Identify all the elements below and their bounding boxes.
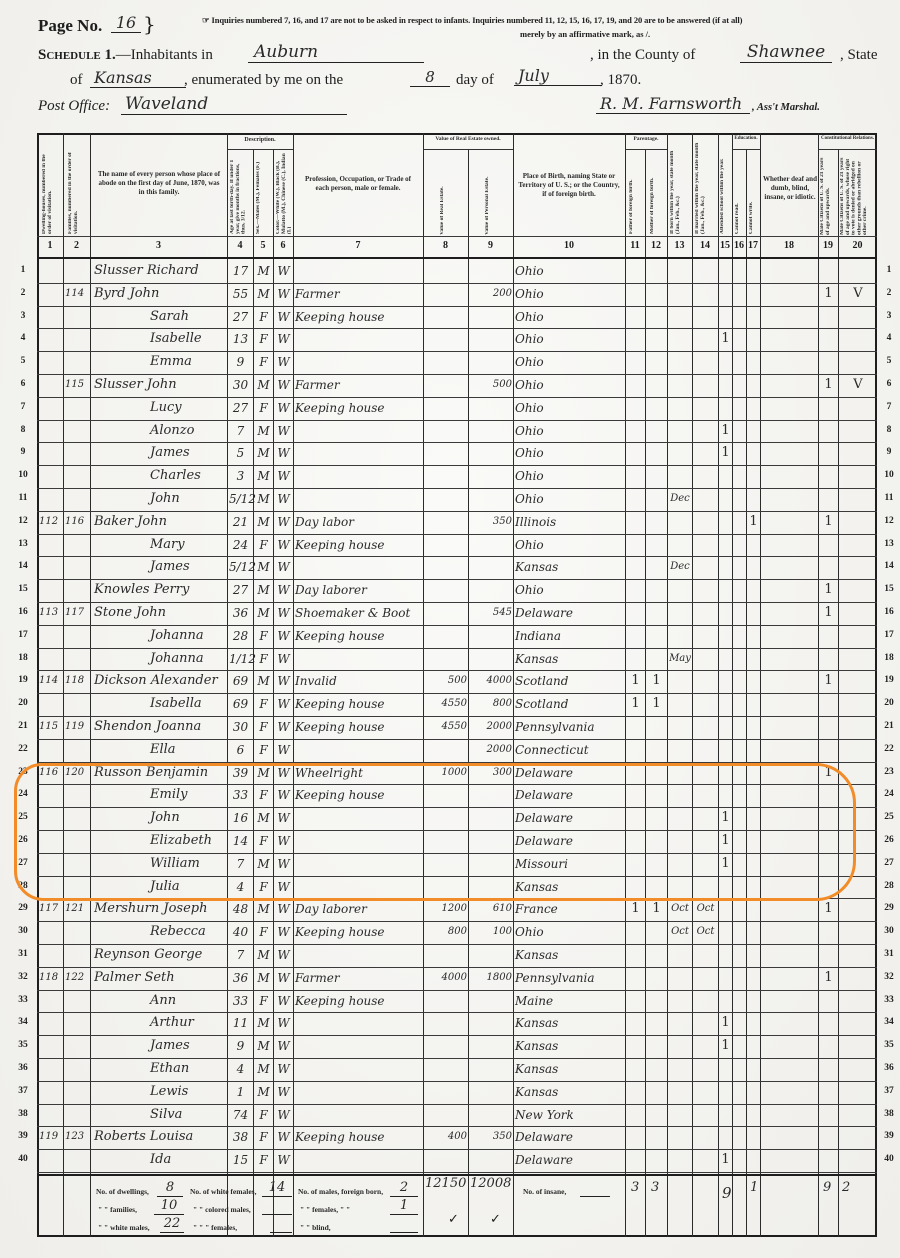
cell-sex: F [255, 306, 272, 328]
cell-occupation [295, 442, 422, 464]
cell-name: Johanna [150, 625, 225, 647]
cell-personal-estate [470, 1035, 512, 1057]
cell-mother-foreign: 1 [647, 693, 666, 715]
cell-dwelling [39, 579, 62, 601]
cell-family [65, 1104, 89, 1126]
cell-mother-foreign [647, 283, 666, 305]
cell-mother-foreign [647, 739, 666, 761]
cell-denied [840, 306, 876, 328]
line-number-right: 13 [878, 539, 900, 549]
cell-dwelling [39, 328, 62, 350]
cell-occupation [295, 1035, 422, 1057]
schedule-label: Schedule 1.—Inhabitants in [38, 47, 213, 64]
cell-sex: F [255, 534, 272, 556]
cell-real-estate [425, 556, 467, 578]
cell-infirmity [762, 1126, 817, 1148]
cell-name: Johanna [150, 648, 225, 670]
cell-father-foreign [627, 328, 644, 350]
cell-married-month [694, 670, 717, 692]
white-females-value: 14 [262, 1181, 292, 1197]
cell-cannot-write [748, 1149, 759, 1171]
cell-birthplace: Scotland [515, 693, 624, 715]
cell-father-foreign [627, 739, 644, 761]
cell-father-foreign [627, 716, 644, 738]
cell-sex: F [255, 328, 272, 350]
column-number: 13 [667, 240, 692, 251]
cell-personal-estate [470, 260, 512, 282]
cell-mother-foreign [647, 328, 666, 350]
cell-citizen [820, 716, 837, 738]
column-number: 17 [746, 240, 760, 251]
cell-cannot-write [748, 1126, 759, 1148]
line-number-right: 38 [878, 1109, 900, 1119]
cell-cannot-read [734, 260, 745, 282]
cell-sex: F [255, 739, 272, 761]
col-header-birthplace: Place of Birth, naming State or Territor… [517, 172, 621, 198]
line-number-right: 26 [878, 835, 900, 845]
cell-school: 1 [720, 1035, 731, 1057]
cell-father-foreign [627, 967, 644, 989]
cell-occupation [295, 488, 422, 510]
column-number: 7 [293, 240, 423, 251]
cell-family [65, 328, 89, 350]
cell-born-month [669, 1104, 691, 1126]
cell-cannot-write [748, 1035, 759, 1057]
line-number-right: 32 [878, 972, 900, 982]
cell-mother-foreign [647, 921, 666, 943]
line-number-right: 31 [878, 949, 900, 959]
cell-denied [840, 625, 876, 647]
cell-denied [840, 511, 876, 533]
cell-name: Reynson George [94, 944, 227, 966]
cell-school [720, 670, 731, 692]
cell-cannot-write [748, 716, 759, 738]
cell-cannot-read [734, 534, 745, 556]
cell-sex: F [255, 1126, 272, 1148]
cell-cannot-write [748, 1104, 759, 1126]
cell-age: 36 [229, 602, 252, 624]
cell-birthplace: Maine [515, 990, 624, 1012]
cell-cannot-write [748, 625, 759, 647]
cell-father-foreign [627, 944, 644, 966]
cell-color: W [275, 397, 292, 419]
cell-married-month [694, 328, 717, 350]
cell-name: Sarah [150, 306, 225, 328]
cell-infirmity [762, 1058, 817, 1080]
column-number: 9 [468, 240, 513, 251]
line-number-left: 16 [12, 607, 34, 617]
cell-real-estate [425, 488, 467, 510]
cell-birthplace: Kansas [515, 1058, 624, 1080]
cell-denied [840, 397, 876, 419]
highlight-annotation [14, 763, 856, 901]
line-number-left: 5 [12, 356, 34, 366]
cell-real-estate: 1200 [425, 898, 467, 920]
cell-infirmity [762, 1149, 817, 1171]
cell-school: 1 [720, 420, 731, 442]
col-header-cannot-read: Cannot read. [735, 170, 744, 234]
column-number: 18 [760, 240, 818, 251]
cell-infirmity [762, 625, 817, 647]
cell-age: 9 [229, 1035, 252, 1057]
cell-color: W [275, 534, 292, 556]
cell-citizen [820, 1058, 837, 1080]
cell-family [65, 465, 89, 487]
cell-married-month [694, 1104, 717, 1126]
line-number-left: 30 [12, 926, 34, 936]
colored-males-label: " " colored males, [193, 1205, 251, 1214]
cell-denied [840, 351, 876, 373]
cell-color: W [275, 1149, 292, 1171]
cell-infirmity [762, 693, 817, 715]
cell-infirmity [762, 1035, 817, 1057]
cell-mother-foreign [647, 967, 666, 989]
cell-citizen [820, 328, 837, 350]
cell-occupation [295, 465, 422, 487]
line-number-left: 39 [12, 1131, 34, 1141]
cell-born-month [669, 967, 691, 989]
colored-females-value [270, 1217, 292, 1233]
cell-name: Emma [150, 351, 225, 373]
cell-infirmity [762, 420, 817, 442]
line-number-right: 30 [878, 926, 900, 936]
cell-infirmity [762, 488, 817, 510]
cell-name: Isabelle [150, 328, 225, 350]
cell-color: W [275, 1126, 292, 1148]
cell-birthplace: Ohio [515, 283, 624, 305]
cell-father-foreign: 1 [627, 898, 644, 920]
cell-citizen: 1 [820, 511, 837, 533]
blind-label: " " blind, [300, 1223, 331, 1232]
cell-cannot-write [748, 602, 759, 624]
cell-married-month [694, 534, 717, 556]
cell-sex: M [255, 898, 272, 920]
instructions-line-1: Inquiries numbered 7, 16, and 17 are not… [212, 15, 743, 25]
cell-citizen: 1 [820, 602, 837, 624]
line-number-left: 15 [12, 584, 34, 594]
cell-born-month [669, 1149, 691, 1171]
line-number-left: 1 [12, 265, 34, 275]
cell-mother-foreign: 1 [647, 898, 666, 920]
col-header-father-foreign: Father of foreign birth. [629, 152, 641, 234]
cell-color: W [275, 648, 292, 670]
cell-cannot-write [748, 670, 759, 692]
line-number-right: 15 [878, 584, 900, 594]
marshal-signature: R. M. Farnsworth [596, 94, 750, 114]
cell-denied [840, 260, 876, 282]
cell-school [720, 739, 731, 761]
cell-dwelling: 118 [39, 967, 62, 989]
cell-mother-foreign [647, 351, 666, 373]
cell-cannot-write [748, 488, 759, 510]
cell-citizen [820, 397, 837, 419]
cell-father-foreign [627, 511, 644, 533]
cell-mother-foreign [647, 990, 666, 1012]
cell-school [720, 967, 731, 989]
cell-cannot-write [748, 967, 759, 989]
cell-father-foreign [627, 534, 644, 556]
cell-family: 115 [65, 374, 89, 396]
cell-color: W [275, 556, 292, 578]
post-office-label: Post Office: [38, 98, 110, 115]
cell-school [720, 374, 731, 396]
cell-father-foreign: 1 [627, 693, 644, 715]
cell-born-month [669, 579, 691, 601]
cell-born-month: Oct [669, 898, 691, 920]
cell-school [720, 283, 731, 305]
cell-infirmity [762, 921, 817, 943]
row-divider [37, 1172, 877, 1173]
cell-citizen [820, 556, 837, 578]
cell-denied [840, 420, 876, 442]
cell-real-estate [425, 328, 467, 350]
cell-birthplace: Kansas [515, 648, 624, 670]
cell-infirmity [762, 944, 817, 966]
cell-dwelling [39, 1104, 62, 1126]
cell-cannot-read [734, 921, 745, 943]
cell-color: W [275, 944, 292, 966]
cell-family [65, 579, 89, 601]
cell-family: 116 [65, 511, 89, 533]
cell-school [720, 1081, 731, 1103]
cell-name: Lewis [150, 1081, 225, 1103]
total-real-estate: 12150 [425, 1176, 466, 1191]
cell-school [720, 260, 731, 282]
cell-age: 69 [229, 670, 252, 692]
cell-personal-estate [470, 990, 512, 1012]
cell-infirmity [762, 442, 817, 464]
cell-birthplace: Connecticut [515, 739, 624, 761]
cell-dwelling [39, 442, 62, 464]
cell-dwelling [39, 283, 62, 305]
cell-family: 114 [65, 283, 89, 305]
cell-color: W [275, 1081, 292, 1103]
cell-family [65, 306, 89, 328]
cell-cannot-write [748, 306, 759, 328]
line-number-right: 3 [878, 311, 900, 321]
cell-citizen [820, 693, 837, 715]
cell-citizen [820, 648, 837, 670]
cell-occupation: Farmer [295, 374, 422, 396]
cell-sex: M [255, 1012, 272, 1034]
column-number: 8 [423, 240, 468, 251]
cell-real-estate [425, 511, 467, 533]
cell-personal-estate [470, 397, 512, 419]
line-number-right: 33 [878, 995, 900, 1005]
cell-family [65, 420, 89, 442]
county-field: Shawnee [740, 42, 832, 63]
cell-mother-foreign [647, 420, 666, 442]
cell-married-month [694, 397, 717, 419]
cell-born-month [669, 944, 691, 966]
cell-cannot-read [734, 1058, 745, 1080]
cell-married-month [694, 1058, 717, 1080]
cell-color: W [275, 579, 292, 601]
cell-mother-foreign [647, 1104, 666, 1126]
line-number-right: 7 [878, 402, 900, 412]
colored-males-value [262, 1199, 292, 1215]
cell-birthplace: Ohio [515, 579, 624, 601]
cell-citizen [820, 1081, 837, 1103]
cell-cannot-read [734, 967, 745, 989]
enumerated-label: , enumerated by me on the [184, 72, 343, 89]
cell-denied [840, 442, 876, 464]
line-number-left: 40 [12, 1154, 34, 1164]
cell-dwelling: 112 [39, 511, 62, 533]
line-number-right: 28 [878, 881, 900, 891]
line-number-right: 5 [878, 356, 900, 366]
cell-age: 30 [229, 716, 252, 738]
cell-cannot-read [734, 351, 745, 373]
line-number-right: 10 [878, 470, 900, 480]
column-divider [90, 133, 91, 1237]
cell-family: 118 [65, 670, 89, 692]
total-personal-estate: 12008 [470, 1176, 511, 1191]
cell-denied [840, 556, 876, 578]
cell-denied [840, 716, 876, 738]
cell-cannot-read [734, 328, 745, 350]
cell-age: 5/12 [229, 556, 252, 578]
cell-cannot-read [734, 1149, 745, 1171]
cell-personal-estate: 350 [470, 1126, 512, 1148]
females-foreign-label: " " females, " " [300, 1205, 350, 1214]
cell-father-foreign [627, 306, 644, 328]
cell-infirmity [762, 1081, 817, 1103]
cell-age: 15 [229, 1149, 252, 1171]
cell-age: 7 [229, 944, 252, 966]
cell-citizen [820, 739, 837, 761]
cell-color: W [275, 693, 292, 715]
line-number-left: 35 [12, 1040, 34, 1050]
total-citizens: 9 [823, 1180, 831, 1195]
line-number-left: 32 [12, 972, 34, 982]
cell-real-estate [425, 625, 467, 647]
row-divider [37, 257, 877, 259]
cell-citizen [820, 1035, 837, 1057]
cell-color: W [275, 511, 292, 533]
cell-denied: V [840, 283, 876, 305]
cell-cannot-read [734, 990, 745, 1012]
cell-born-month [669, 1035, 691, 1057]
column-number: 16 [732, 240, 746, 251]
cell-real-estate [425, 648, 467, 670]
cell-name: Roberts Louisa [94, 1126, 227, 1148]
line-number-left: 31 [12, 949, 34, 959]
cell-born-month [669, 739, 691, 761]
cell-infirmity [762, 579, 817, 601]
cell-age: 33 [229, 990, 252, 1012]
cell-dwelling [39, 488, 62, 510]
cell-father-foreign: 1 [627, 670, 644, 692]
cell-citizen [820, 944, 837, 966]
cell-cannot-write [748, 420, 759, 442]
cell-sex: M [255, 374, 272, 396]
cell-birthplace: Kansas [515, 1035, 624, 1057]
blind-value [390, 1217, 418, 1233]
white-males-label: " " white males, [98, 1223, 150, 1232]
cell-married-month [694, 306, 717, 328]
cell-citizen [820, 921, 837, 943]
line-number-left: 22 [12, 744, 34, 754]
line-number-left: 18 [12, 653, 34, 663]
cell-birthplace: Scotland [515, 670, 624, 692]
cell-name: Ella [150, 739, 225, 761]
cell-birthplace: Pennsylvania [515, 967, 624, 989]
families-label: " " families, [98, 1205, 137, 1214]
cell-color: W [275, 1104, 292, 1126]
cell-sex: F [255, 1104, 272, 1126]
cell-denied [840, 465, 876, 487]
line-number-left: 8 [12, 425, 34, 435]
cell-mother-foreign [647, 442, 666, 464]
cell-citizen [820, 465, 837, 487]
cell-real-estate [425, 374, 467, 396]
cell-birthplace: Delaware [515, 1149, 624, 1171]
cell-occupation [295, 1149, 422, 1171]
cell-school [720, 602, 731, 624]
cell-dwelling [39, 990, 62, 1012]
cell-sex: F [255, 351, 272, 373]
year-label: , 1870. [600, 72, 641, 89]
group-header-description: Description. [227, 137, 293, 145]
cell-mother-foreign [647, 1035, 666, 1057]
cell-color: W [275, 1058, 292, 1080]
cell-denied [840, 648, 876, 670]
line-number-right: 27 [878, 858, 900, 868]
cell-age: 21 [229, 511, 252, 533]
cell-dwelling: 115 [39, 716, 62, 738]
cell-denied [840, 579, 876, 601]
cell-dwelling [39, 374, 62, 396]
cell-mother-foreign [647, 397, 666, 419]
line-number-right: 40 [878, 1154, 900, 1164]
cell-real-estate [425, 397, 467, 419]
cell-sex: F [255, 648, 272, 670]
cell-mother-foreign [647, 648, 666, 670]
total-father-foreign: 3 [631, 1180, 639, 1195]
cell-occupation [295, 556, 422, 578]
column-divider [227, 133, 228, 1237]
cell-denied [840, 693, 876, 715]
col-header-born-month: If born within the year, state month (Ja… [670, 140, 689, 234]
cell-born-month [669, 670, 691, 692]
cell-dwelling [39, 306, 62, 328]
col-header-school: Attended school within the year. [720, 140, 730, 234]
cell-sex: M [255, 1081, 272, 1103]
cell-infirmity [762, 602, 817, 624]
cell-mother-foreign: 1 [647, 670, 666, 692]
cell-married-month [694, 1012, 717, 1034]
cell-school [720, 488, 731, 510]
cell-born-month [669, 374, 691, 396]
cell-birthplace: Kansas [515, 1081, 624, 1103]
cell-occupation: Keeping house [295, 693, 422, 715]
cell-sex: M [255, 967, 272, 989]
cell-father-foreign [627, 579, 644, 601]
cell-father-foreign [627, 397, 644, 419]
cell-name: Arthur [150, 1012, 225, 1034]
cell-birthplace: Ohio [515, 351, 624, 373]
cell-occupation: Keeping house [295, 397, 422, 419]
cell-denied [840, 967, 876, 989]
cell-citizen: 1 [820, 967, 837, 989]
cell-married-month [694, 442, 717, 464]
cell-citizen [820, 351, 837, 373]
cell-sex: M [255, 670, 272, 692]
cell-age: 3 [229, 465, 252, 487]
cell-infirmity [762, 898, 817, 920]
month-field: July [514, 66, 602, 86]
